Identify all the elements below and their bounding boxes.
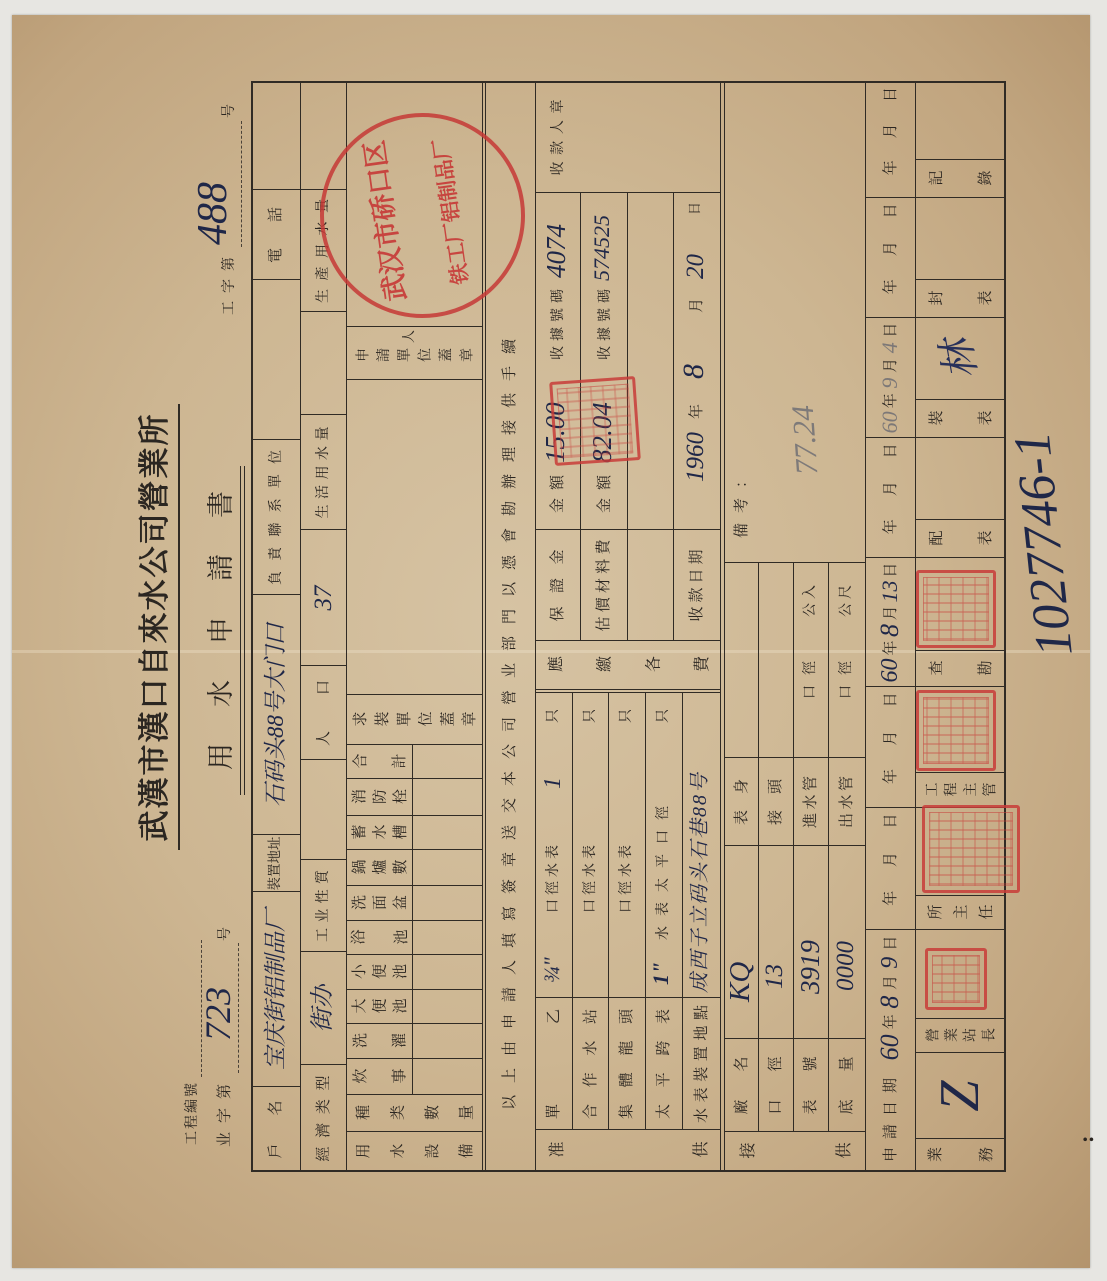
engineering-seal	[916, 690, 996, 771]
col-line	[535, 692, 720, 693]
fee-label-cell: 估價材料費	[580, 530, 627, 641]
equipment-item-value	[412, 1059, 482, 1095]
month-unit: 月	[689, 298, 704, 313]
business-no-line	[238, 943, 239, 1073]
inlet-unit: 公入	[803, 581, 817, 617]
equipment-item-label: 洗面盆	[351, 896, 407, 911]
meter-size-label: 口 徑	[768, 1057, 783, 1115]
fitting-label-cell: 表 身	[724, 758, 758, 846]
supply-desc: 水表太平口徑	[656, 796, 670, 940]
month-unit: 月	[883, 481, 898, 496]
equipment-label: 用水設備	[355, 1145, 473, 1160]
phone-label-cell: 電 話	[251, 190, 300, 280]
supply-row-label: 單 乙	[546, 1009, 561, 1119]
supply-size: ¾"	[541, 957, 563, 983]
month-unit: 月	[883, 124, 898, 139]
remarks-label: 備考：	[734, 463, 749, 538]
document-title: 武漢市漢口自來水公司營業所	[140, 413, 171, 842]
supply-row-label-cell: 集體龍頭	[608, 998, 645, 1130]
col-line	[724, 562, 865, 563]
year-unit: 年	[883, 1014, 898, 1029]
population-value: 37	[311, 586, 336, 611]
economy-label: 經濟类型	[316, 1076, 331, 1162]
meter-location-value: 成西子立码头石巷88号	[690, 771, 710, 993]
month-unit: 月	[883, 606, 898, 621]
works-no-line	[241, 121, 242, 247]
equipment-item-value	[412, 990, 482, 1024]
year-unit: 年	[883, 160, 898, 175]
industry-value-cell	[300, 760, 346, 860]
meter-allocation-date: 年 月 日	[865, 438, 915, 558]
month-unit: 月	[883, 852, 898, 867]
survey-label-cell: 查勘	[915, 651, 1005, 687]
applicant-seal-insert: 人	[403, 330, 416, 343]
payment-date-label: 收款日期	[689, 550, 704, 622]
meter-body-label: 表 身	[734, 779, 749, 825]
kind-quantity-label: 種类數量	[355, 1106, 473, 1121]
equipment-item: 蓄水槽	[346, 816, 412, 850]
equipment-item: 浴池	[346, 921, 412, 955]
equipment-item: 炊事	[346, 1059, 412, 1095]
meter-row-label-cell: 底 量	[828, 1039, 865, 1132]
day-unit: 日	[883, 87, 898, 102]
business-signature-cell: Z	[915, 1053, 1005, 1139]
supply-qty: 1	[541, 777, 565, 789]
equipment-item: 洗濯	[346, 1024, 412, 1059]
supply-desc: 口徑水表	[546, 841, 560, 913]
cashier-seal-label: 收款人章	[551, 100, 565, 176]
connection-label-cell: 接供	[724, 1132, 865, 1172]
day-unit: 日	[883, 443, 898, 458]
project-no-label: 工程編號	[185, 1081, 199, 1145]
equipment-item-label: 蓄水槽	[351, 826, 407, 841]
equipment-item-label: 洗濯	[352, 1034, 406, 1049]
meter-allocation-label: 配表	[928, 532, 992, 547]
supply-row-label: 集體龍頭	[619, 1009, 634, 1119]
amount-label: 金額	[550, 467, 565, 513]
date-day: 4	[879, 341, 901, 355]
kind-quantity-label-cell: 種类數量	[346, 1095, 482, 1132]
inlet-pipe-label: 進水管	[803, 776, 818, 828]
payment-year: 1960	[683, 432, 708, 482]
install-unit-seal-label: 求裝單位蓋章	[352, 713, 476, 728]
supply-row-label: 合作水站	[583, 1009, 598, 1119]
meter-size-value: 13	[762, 964, 787, 989]
title-block: 武漢市漢口自來水公司營業所	[134, 404, 176, 850]
cashier-seal-label-cell: 收款人章	[535, 82, 580, 193]
equipment-item-label: 小便池	[351, 965, 407, 980]
director-seal	[922, 805, 1020, 893]
domestic-water-label-cell: 生活用水量	[300, 415, 346, 530]
outlet-unit: 公尺	[839, 581, 853, 617]
economy-value: 街办	[311, 985, 335, 1033]
day-unit: 日	[883, 813, 898, 828]
applicant-seal-label: 申請單位蓋章	[355, 349, 473, 363]
equipment-item-value	[412, 816, 482, 850]
equipment-item-label: 鍋爐數	[351, 861, 407, 876]
day-unit: 日	[883, 203, 898, 218]
director-label-cell: 所主任	[915, 896, 1005, 930]
supply-desc: 口徑水表	[583, 841, 597, 913]
population-value-cell: 37	[300, 530, 346, 666]
date-year: 60	[879, 411, 901, 433]
approved-supply-label: 准供	[548, 1143, 708, 1159]
month-unit: 月	[883, 241, 898, 256]
works-no-value: 488	[192, 182, 234, 245]
supply-row-label-cell: 單 乙	[535, 998, 572, 1130]
instructions-notice: 以上由申請人填寫簽章送交本公司營业部門以憑會勘辦理接供手續	[502, 327, 517, 1110]
meter-row-label-cell: 廠 名	[724, 1039, 758, 1132]
meter-install-label: 裝表	[928, 412, 992, 427]
business-no-suffix: 号	[218, 927, 232, 941]
contact-label-cell: 負責聯系單位	[251, 440, 300, 595]
meter-row-label-cell: 表 號	[793, 1039, 828, 1132]
supply-unit: 只	[583, 709, 597, 723]
director-label: 所主任	[927, 906, 993, 921]
equipment-item-value	[412, 921, 482, 955]
col-line	[346, 379, 482, 380]
equipment-item-value	[412, 745, 482, 779]
equipment-item: 洗面盆	[346, 886, 412, 921]
equipment-label-cell: 用水設備	[346, 1132, 482, 1172]
remarks-pencil-note: 77.24	[787, 404, 823, 476]
record-label-cell: 記錄	[915, 160, 1005, 198]
date-month: 8	[877, 995, 903, 1009]
payment-day: 20	[683, 254, 708, 279]
day-unit: 日	[883, 323, 898, 338]
date-day: 13	[879, 581, 901, 603]
day-unit: 日	[883, 936, 898, 951]
meter-seal-label-cell: 封表	[915, 280, 1005, 318]
meter-row-label-cell: 口 徑	[758, 1039, 793, 1132]
name-label: 戶 名	[268, 1101, 283, 1159]
year-unit: 年	[689, 404, 704, 419]
survey-date: 60 年 8 月 13 日	[865, 558, 915, 687]
fitting-label-cell: 進水管	[793, 758, 828, 846]
equipment-item-label: 消防栓	[351, 790, 407, 805]
cashier-red-seal	[549, 376, 641, 466]
economy-label-cell: 經濟类型	[300, 1065, 346, 1172]
name-value: 宝庆街铝制品厂	[264, 909, 287, 1070]
month-unit: 月	[883, 731, 898, 746]
document-sheet: 武漢市漢口自來水公司營業所 用水申請書 工程編號 业字第 723 号 工字第 4…	[0, 0, 1107, 1281]
equipment-item: 合計	[346, 745, 412, 779]
equipment-item-value	[412, 1024, 482, 1059]
date-month: 9	[879, 376, 901, 390]
phone-value-cell	[251, 82, 300, 190]
fee-label-cell: 收款日期	[673, 530, 720, 641]
date-year: 60	[877, 1034, 903, 1060]
connection-label: 接供	[739, 1144, 851, 1160]
supply-desc: 口徑水表	[619, 841, 633, 913]
meter-seal-date: 年 月 日	[865, 198, 915, 318]
business-no-value: 723	[200, 987, 236, 1041]
supply-size: 1"	[650, 962, 672, 985]
supply-row-label-cell: 水表裝置地點	[682, 998, 720, 1130]
fees-label-cell: 應繳各費	[535, 641, 720, 690]
meter-base-reading-value: 0000	[833, 941, 858, 991]
works-no-label: 工字第	[222, 249, 236, 315]
supply-unit: 只	[656, 709, 670, 723]
domestic-water-value-cell	[300, 312, 346, 415]
payment-month: 8	[679, 364, 709, 379]
margin-mark: :	[1076, 1136, 1096, 1143]
application-date-label-cell: 申請日期	[865, 1072, 915, 1168]
contact-value-cell	[251, 280, 300, 440]
station-chief-seal	[925, 948, 987, 1010]
stamp-line-2: 铁工厂铝制品厂	[426, 113, 474, 311]
day-unit: 日	[689, 202, 702, 215]
receipt-label: 收據號碼	[551, 284, 565, 360]
date-month: 8	[877, 624, 903, 638]
meter-maker-label: 廠 名	[734, 1057, 749, 1115]
name-label-cell: 戶 名	[251, 1087, 300, 1172]
supply-row-label: 水表裝置地點	[694, 1005, 709, 1123]
stamp-line-1: 武汉市硚口区	[359, 121, 413, 320]
meter-base-reading-label: 底 量	[839, 1057, 854, 1115]
approved-supply-label-cell: 准供	[535, 1130, 720, 1172]
row-line	[720, 82, 721, 1172]
equipment-item-label: 合計	[352, 755, 406, 770]
deposit-receipt-no: 4074	[543, 224, 570, 278]
address-label-cell: 裝置地址	[251, 835, 300, 892]
business-no-label: 业字第	[217, 1075, 232, 1147]
equipment-item-label: 炊事	[352, 1070, 406, 1085]
supply-row-label-cell: 合作水站	[572, 998, 608, 1130]
business-label-cell: 業務	[915, 1139, 1005, 1172]
date-year: 60	[878, 659, 902, 683]
material-fee-label: 估價材料費	[596, 540, 611, 632]
business-signature: Z	[932, 1080, 988, 1111]
col-line	[346, 326, 482, 327]
station-chief-label-cell: 營業站長	[915, 1019, 1005, 1053]
receipt-label: 收據號碼	[598, 284, 612, 360]
year-unit: 年	[883, 641, 898, 656]
document-subtitle: 用水申請書	[208, 455, 235, 806]
meter-install-signature-cell: 林	[915, 318, 1005, 400]
install-unit-seal-label-cell: 求裝單位蓋章	[346, 695, 482, 745]
supply-unit: 只	[619, 709, 633, 723]
year-unit: 年	[883, 279, 898, 294]
equipment-item-label: 浴池	[350, 931, 408, 946]
date-day: 9	[878, 956, 902, 970]
month-unit: 月	[883, 358, 898, 373]
outlet-size-label: 口徑	[839, 651, 853, 699]
supply-row-label-cell: 太平跨表	[645, 998, 682, 1130]
year-unit: 年	[883, 519, 898, 534]
record-label: 記錄	[928, 172, 992, 187]
equipment-item-value	[412, 779, 482, 816]
month-unit: 月	[883, 975, 898, 990]
record-date: 年 月 日	[865, 82, 915, 198]
joint-label: 接 頭	[768, 779, 783, 825]
population-label-cell: 人 口	[300, 666, 346, 760]
fitting-label-cell: 出水管	[828, 758, 865, 846]
fees-label: 應繳各費	[547, 658, 709, 674]
title-underline	[178, 404, 180, 850]
phone-label: 電 話	[268, 207, 283, 263]
survey-seal	[916, 570, 996, 648]
address-label: 裝置地址	[269, 837, 283, 891]
industry-label: 工业性質	[316, 870, 330, 942]
contact-label: 負責聯系單位	[269, 450, 283, 585]
engineering-label: 工程主管	[924, 784, 996, 798]
subtitle-underline	[244, 466, 245, 795]
year-unit: 年	[883, 769, 898, 784]
station-chief-label: 營業站長	[925, 1029, 995, 1043]
supply-row-label: 太平跨表	[656, 1009, 671, 1119]
meter-install-date: 60 年 9 月 4 日	[865, 318, 915, 438]
equipment-item-value	[412, 955, 482, 990]
works-no-suffix: 号	[222, 104, 236, 118]
population-label: 人 口	[316, 680, 331, 746]
row-line	[724, 82, 725, 1172]
meter-maker-value: KQ	[726, 962, 755, 1002]
inlet-size-label: 口徑	[803, 651, 817, 699]
year-unit: 年	[883, 393, 898, 408]
year-unit: 年	[883, 891, 898, 906]
equipment-item-label: 大便池	[351, 1000, 407, 1015]
fee-label-cell	[627, 530, 673, 641]
meter-install-signature: 林	[937, 336, 983, 382]
name-value-cell: 宝庆街铝制品厂	[251, 892, 300, 1087]
address-value-cell: 石码头88号大门口	[251, 595, 300, 835]
application-date-label: 申請日期	[883, 1078, 898, 1162]
engineering-label-cell: 工程主管	[915, 773, 1005, 808]
equipment-item-value	[412, 886, 482, 921]
subtitle-underline	[240, 466, 241, 795]
subtitle-block: 用水申請書	[204, 466, 238, 795]
director-date: 年 月 日	[865, 808, 915, 930]
meter-install-label-cell: 裝表	[915, 400, 1005, 438]
day-unit: 日	[883, 692, 898, 707]
address-value: 石码头88号大门口	[264, 623, 287, 807]
day-unit: 日	[883, 563, 898, 578]
meter-number-label: 表 號	[803, 1057, 818, 1115]
supply-unit: 只	[546, 709, 560, 723]
equipment-item: 小便池	[346, 955, 412, 990]
meter-number-value: 3919	[797, 940, 824, 994]
fee-label-cell: 保證金	[535, 530, 580, 641]
equipment-item-value	[412, 850, 482, 886]
outlet-pipe-label: 出水管	[839, 776, 854, 828]
equipment-item: 鍋爐數	[346, 850, 412, 886]
economy-value-cell: 街办	[300, 952, 346, 1065]
business-label: 業務	[927, 1148, 993, 1163]
application-date: 60 年 8 月 9 日	[865, 930, 915, 1066]
deposit-label: 保證金	[550, 550, 565, 622]
material-fee-receipt-no: 574525	[591, 215, 613, 281]
amount-label: 金額	[597, 467, 612, 513]
industry-label-cell: 工业性質	[300, 860, 346, 952]
equipment-item: 大便池	[346, 990, 412, 1024]
survey-label: 查勘	[928, 662, 992, 677]
equipment-item: 消防栓	[346, 779, 412, 816]
meter-allocation-label-cell: 配表	[915, 520, 1005, 558]
domestic-water-label: 生活用水量	[316, 427, 330, 519]
form-border-bottom	[1004, 81, 1006, 1172]
fitting-label-cell: 接 頭	[758, 758, 793, 846]
engineering-date: 年 月 日	[865, 687, 915, 808]
meter-seal-label: 封表	[928, 292, 992, 307]
